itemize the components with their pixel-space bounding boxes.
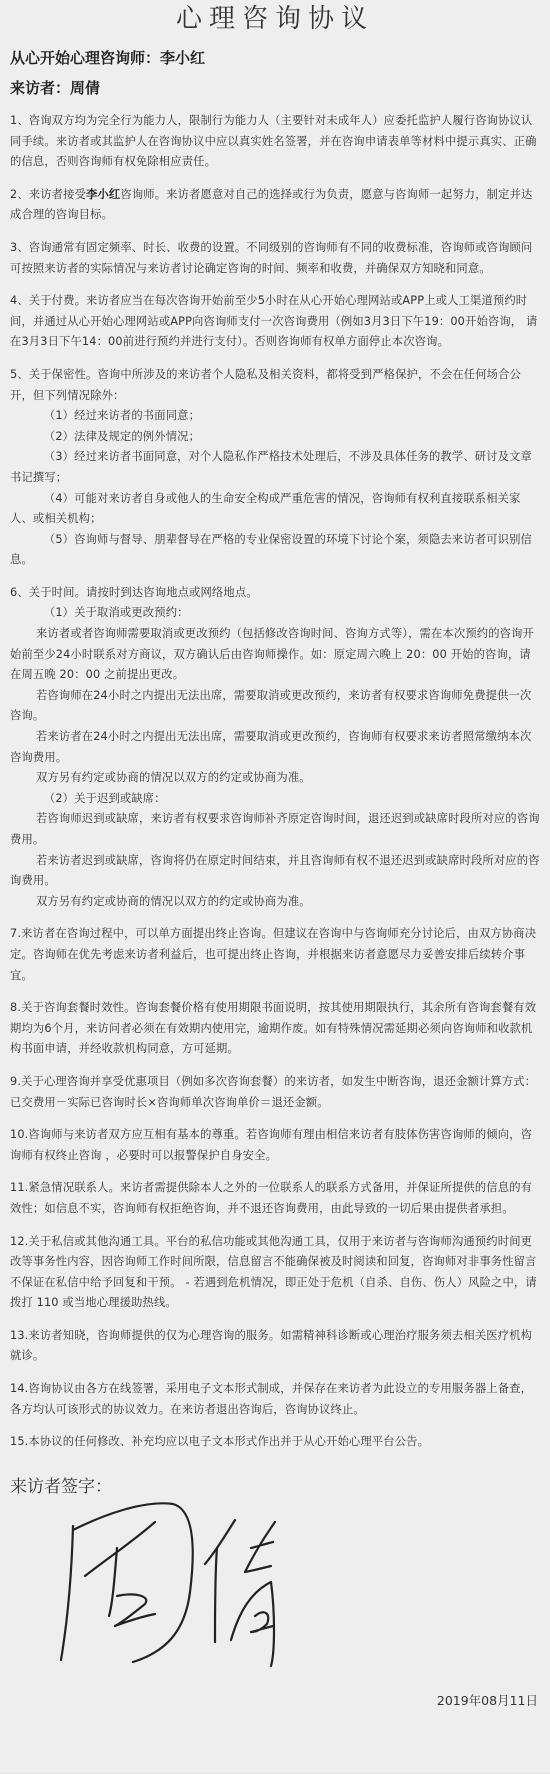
clause-2: 2、来访者接受李小红咨询师。来访者愿意对自己的选择或行为负责，愿意与咨询师一起努…: [10, 185, 540, 226]
clause-2-counselor-name: 李小红: [86, 188, 120, 201]
clause-6-sub1-para-1: 来访者或者咨询师需要取消或更改预约（包括修改咨询时间、咨询方式等），需在本次预约…: [10, 624, 540, 686]
clause-13: 13.来访者知晓，咨询师提供的仅为心理咨询的服务。如需精神科诊断或心理治疗服务须…: [10, 1326, 540, 1367]
clause-6-sub2-para-1: 若咨询师迟到或缺席，来访者有权要求咨询师补齐原定咨询时间，退还迟到或缺席时段所对…: [10, 809, 540, 850]
clause-14: 14.咨询协议由各方在线签署，采用电子文本形式制成，并保存在来访者为此设立的专用…: [10, 1379, 540, 1420]
clause-8: 8.关于咨询套餐时效性。咨询套餐价格有使用期限书面说明，按其使用期限执行，其余所…: [10, 998, 540, 1060]
clause-5-item-2: （2）法律及规定的例外情况；: [10, 427, 540, 448]
clause-9: 9.关于心理咨询并享受优惠项目（例如多次咨询套餐）的来访者，如发生中断咨询，退还…: [10, 1072, 540, 1113]
clause-6: 6、关于时间。请按时到达咨询地点或网络地点。: [10, 583, 540, 604]
clause-5-item-3: （3）经过来访者书面同意，对个人隐私作严格技术处理后，不涉及具体任务的教学、研讨…: [10, 447, 540, 488]
page-title: 心理咨询协议: [10, 0, 540, 40]
clause-11: 11.紧急情况联系人。来访者需提供除本人之外的一位联系人的联系方式备用，并保证所…: [10, 1178, 540, 1219]
handwritten-signature: [55, 1492, 295, 1672]
clause-6-sub1-para-3: 若来访者在24小时之内提出无法出席，需要取消或更改预约，咨询师有权要求来访者照常…: [10, 727, 540, 768]
counselor-line: 从心开始心理咨询师：李小红: [10, 48, 540, 68]
clause-5-item-5: （5）咨询师与督导、朋辈督导在严格的专业保密设置的环境下讨论个案，须隐去来访者可…: [10, 530, 540, 571]
visitor-line: 来访者：周倩: [10, 78, 540, 98]
clause-4: 4、关于付费。来访者应当在每次咨询开始前至少5小时在从心开始心理网站或APP上或…: [10, 291, 540, 353]
clause-6-sub1-para-4: 双方另有约定或协商的情况以双方的约定或协商为准。: [10, 768, 540, 789]
clause-5-item-4: （4）可能对来访者自身或他人的生命安全构成严重危害的情况，咨询师有权利直接联系相…: [10, 489, 540, 530]
clause-12: 12.关于私信或其他沟通工具。平台的私信功能或其他沟通工具，仅用于来访者与咨询师…: [10, 1232, 540, 1314]
clause-5-item-1: （1）经过来访者的书面同意；: [10, 406, 540, 427]
clause-6-sub1-title: （1）关于取消或更改预约：: [10, 603, 540, 624]
clause-7: 7.来访者在咨询过程中，可以单方面提出终止咨询。但建议在咨询中与咨询师充分讨论后…: [10, 924, 540, 986]
clause-10: 10.咨询师与来访者双方应互相有基本的尊重。若咨询师有理由相信来访者有肢体伤害咨…: [10, 1125, 540, 1166]
clause-15: 15.本协议的任何修改、补充均应以电子文本形式作出并于从心开始心理平台公告。: [10, 1432, 540, 1453]
clause-6-sub2-title: （2）关于迟到或缺席：: [10, 789, 540, 810]
clause-2-text-pre: 2、来访者接受: [10, 188, 86, 201]
agreement-document: 心理咨询协议 从心开始心理咨询师：李小红 来访者：周倩 1、咨询双方均为完全行为…: [0, 0, 550, 1499]
clause-5: 5、关于保密性。咨询中所涉及的来访者个人隐私及相关资料，都将受到严格保护，不会在…: [10, 365, 540, 406]
clause-3: 3、咨询通常有固定频率、时长、收费的设置。不同级别的咨询师有不同的收费标准，咨询…: [10, 238, 540, 279]
signature-date: 2019年08月11日: [437, 1691, 538, 1709]
clause-6-sub2-para-2: 若来访者迟到或缺席，咨询将仍在原定时间结束，并且咨询师有权不退还迟到或缺席时段所…: [10, 851, 540, 892]
clause-6-sub2-para-3: 双方另有约定或协商的情况以双方的约定或协商为准。: [10, 892, 540, 913]
clause-1: 1、咨询双方均为完全行为能力人，限制行为能力人（主要针对未成年人）应委托监护人履…: [10, 111, 540, 173]
clause-6-sub1-para-2: 若咨询师在24小时之内提出无法出席，需要取消或更改预约，来访者有权要求咨询师免费…: [10, 686, 540, 727]
